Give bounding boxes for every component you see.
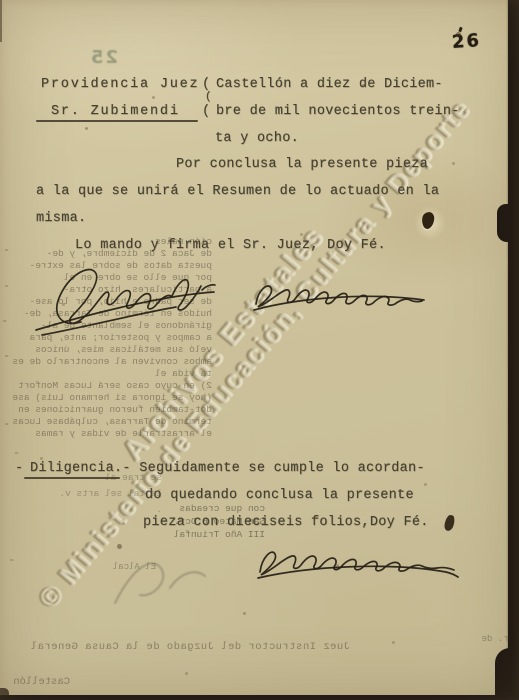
margin-dash: - [3, 279, 10, 293]
date-line-3: ta y ocho. [215, 131, 299, 146]
diligencia-line-1: .- Seguidamente se cumple lo acordan- [114, 461, 425, 476]
diligencia-underline [24, 477, 120, 479]
scan-edge-corner [495, 648, 519, 700]
bleedthrough-line: con que creadas [150, 502, 265, 515]
bleedthrough-line: ambos conviven al encontrarlo de es- [12, 356, 212, 368]
document-page: Archivos Estatales © Ministerio de Educa… [0, 0, 519, 700]
body-line-1: Por conclusa la presente pieza [176, 157, 428, 172]
bleedthrough-official-line: Juez Instructor del Juzgado de la Causa … [10, 641, 350, 653]
folio-number-stamp: 26 [451, 30, 481, 53]
bleedthrough-city: Castellón [5, 676, 70, 688]
body-line-3: misma. [36, 211, 86, 226]
secretary-signature [248, 276, 428, 316]
bleedthrough-line: veló sus metálicas mies, únicos [12, 344, 212, 356]
ink-blot [443, 514, 455, 532]
margin-dash: - [3, 417, 10, 431]
diligencia-line-2: do quedando conclusa la presente [145, 488, 414, 503]
margin-dash: - [8, 553, 15, 567]
bleedthrough-line: 2) en cuyo caso será Lucas Monfort [12, 380, 212, 392]
brace-bottom: ( [202, 104, 210, 119]
bleedthrough-line: dot-también fueron guarniciones en [12, 404, 212, 416]
margin-dash: - [3, 349, 10, 363]
brace-top: ( [202, 77, 210, 92]
bleedthrough-line: (hoy se ignora si hermano Luis) ase- [12, 392, 212, 404]
paper-edge-notch [497, 204, 513, 242]
bleedthrough-line: la tal sel arts v. [12, 486, 162, 502]
secretary-signature-2 [250, 542, 465, 587]
bleedthrough-signature-scribble [100, 548, 225, 610]
scan-edge-left [0, 0, 2, 42]
brace-middle: ( [205, 91, 212, 103]
scan-edge-bottom [0, 695, 519, 700]
date-line-2: bre de mil novecientos trein- [216, 104, 460, 119]
margin-dash: - [3, 243, 10, 257]
bleedthrough-line: término de Tarrasa, culpábase Lucas [12, 416, 212, 428]
bleedthrough-line: ta vida el [12, 368, 212, 380]
margin-dash: - [13, 446, 20, 460]
paper-specks [85, 127, 88, 130]
scan-edge-right [508, 0, 519, 700]
margin-dash: - [1, 314, 8, 328]
diligencia-line-3: pieza con dieciseis folios,Doy Fé. [143, 515, 429, 530]
date-line-1: Castellón a diez de Diciem- [216, 77, 443, 92]
body-line-2: a la que se unirá el Resumen de lo actua… [36, 184, 439, 199]
scan-edge-nub [0, 688, 9, 697]
diligencia-dash: - [15, 461, 23, 476]
bleedthrough-line: el arrastrarle de vidas y ramas [12, 428, 212, 440]
bleedthrough-folio-number: 25 [84, 47, 118, 68]
bleedthrough-line: . [12, 502, 162, 518]
judge-signature [26, 260, 218, 338]
judge-name-underline [36, 120, 198, 122]
closing-line: Lo mando y firma el Sr. Juez, Doy Fé. [75, 238, 386, 253]
providencia-heading: Providencia Juez [41, 77, 199, 92]
judge-name: Sr. Zubimendi [51, 104, 180, 119]
diligencia-label: Diligencia [30, 461, 114, 476]
